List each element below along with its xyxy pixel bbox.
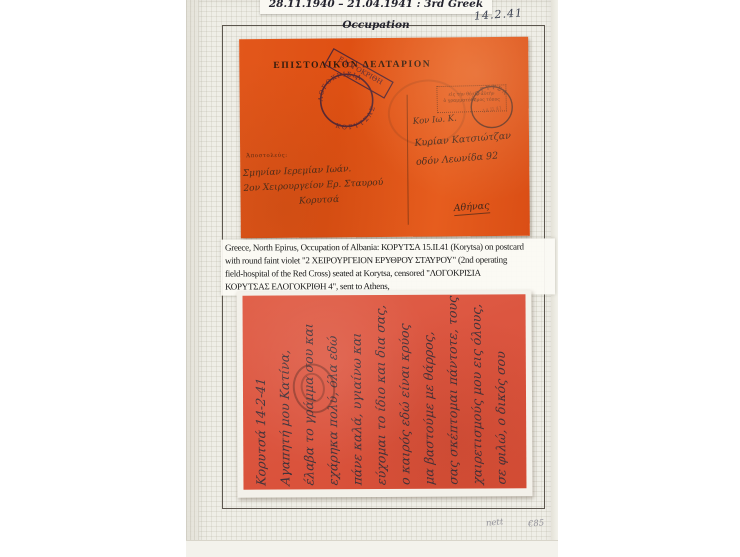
pencil-note: nett — [486, 517, 504, 528]
postcard-back: Κορυτσά 14-2-41 Αγαπητή μου Κατίνα, έλαβ… — [242, 294, 526, 489]
svg-text:ΚΟΡΥΤΣΑΣ: ΚΟΡΥΤΣΑΣ — [332, 102, 382, 140]
postcard-back-mount: Κορυτσά 14-2-41 Αγαπητή μου Κατίνα, έλαβ… — [236, 290, 532, 498]
message-line: ο καιρός εδώ είναι κρύος — [392, 298, 417, 486]
caption-line: with round faint violet "2 ΧΕΙΡΟΥΡΓΕΙΟΝ … — [225, 253, 551, 267]
caption-line: Greece, North Epirus, Occupation of Alba… — [225, 240, 551, 254]
message-line: σας σκέπτομαι πάντοτε, τους — [440, 297, 465, 485]
sender-printed-label: Ἀποστολεύς: — [246, 153, 288, 159]
caption-line: field-hospital of the Red Cross) seated … — [225, 266, 551, 280]
message-line: εύχομαι το ίδιο και δια σας, — [368, 298, 393, 486]
description-caption: Greece, North Epirus, Occupation of Alba… — [221, 238, 555, 295]
censor-box-text: ΕΛΟΓΟΚΡΙΘΗ — [337, 55, 384, 86]
censor-arc-bottom-text: ΚΟΡΥΤΣΑΣ — [332, 102, 382, 140]
postcard-front: ΕΠΙΣΤΟΛΙΚΟΝ ΔΕΛΤΑΡΙΟΝ ΛΟΓΟΚΡΙΣΙΑ ΚΟΡΥΤΣΑ… — [239, 37, 530, 239]
pencil-price-note: €85 — [528, 518, 545, 529]
message-line: πάνε καλά, υγιαίνω και — [344, 298, 369, 486]
period-header-label: 28.11.1940 – 21.04.1941 : 3rd Greek Occu… — [260, 0, 492, 14]
page-stack-edge-left — [186, 0, 199, 557]
datestamp-town-text: ΚΟΡΥΤΣΑ — [469, 82, 510, 104]
message-handwriting: Κορυτσά 14-2-41 Αγαπητή μου Κατίνα, έλαβ… — [249, 298, 520, 485]
page-edge-bottom — [186, 540, 558, 557]
message-line: Κορυτσά 14-2-41 — [248, 298, 273, 486]
censor-handstamp: ΛΟΓΟΚΡΙΣΙΑ ΚΟΡΥΤΣΑΣ ΕΛΟΓΟΚΡΙΘΗ 4 — [284, 48, 415, 141]
svg-text:ΚΟΡΥΤΣΑ: ΚΟΡΥΤΣΑ — [469, 82, 510, 104]
address-handwriting: Κον Ιω. Κ. Κυρίαν Κατσιώτζαν οδόν Λεωνίδ… — [412, 107, 540, 219]
message-line: χαιρετισμούς μου εις όλους, — [464, 297, 489, 485]
album-page-photo: 28.11.1940 – 21.04.1941 : 3rd Greek Occu… — [0, 0, 740, 557]
message-line: μα βαστούμε με θάρρος, — [416, 298, 441, 486]
sender-handwriting: Σμηνίαν Ιερεμίαν Ιωάν. 2ον Χειρουργείον … — [243, 160, 405, 212]
message-line: σε φιλώ, ο δικός σου — [488, 297, 513, 485]
address-line-city: Αθήνας — [453, 199, 490, 216]
address-line: Κυρίαν Κατσιώτζαν — [414, 128, 535, 150]
address-line: οδόν Λεωνίδα 92 — [416, 147, 537, 169]
